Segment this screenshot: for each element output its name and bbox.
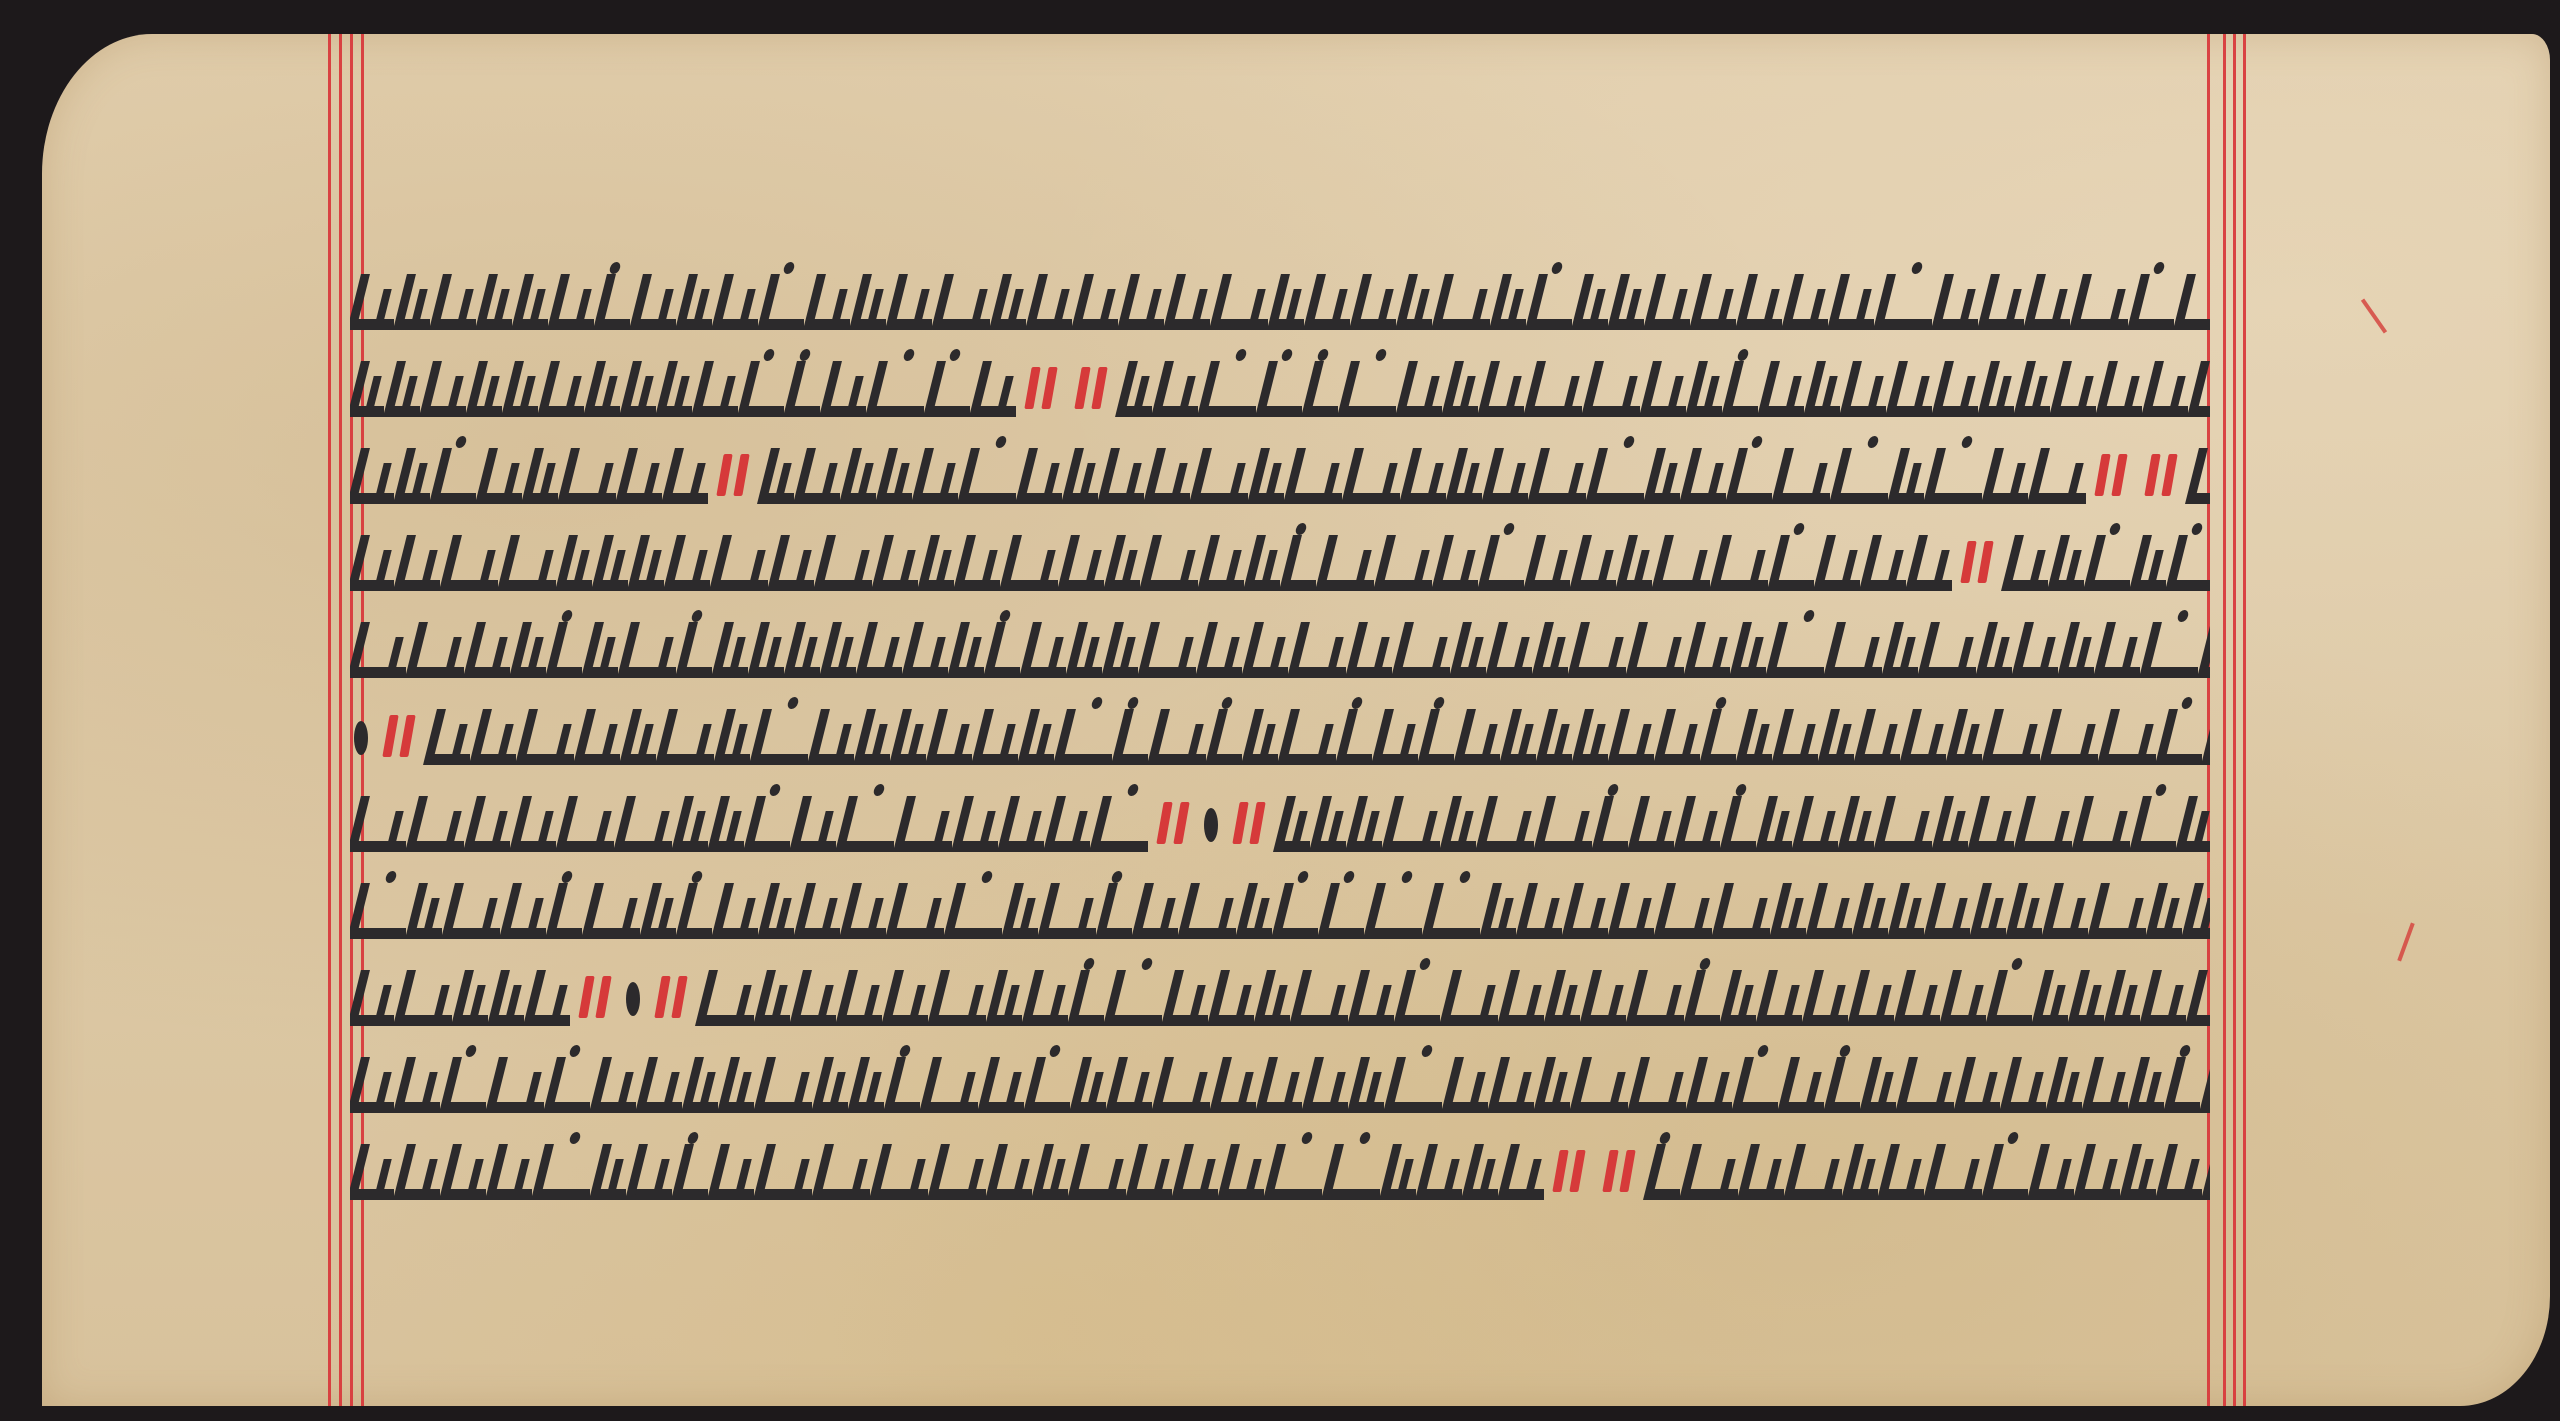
script-glyph [888,891,944,939]
script-glyph [2188,456,2210,504]
script-glyph [1348,804,1382,852]
script-glyph [852,282,886,330]
script-glyph [678,891,712,939]
script-glyph [956,543,1000,591]
script-glyph [350,456,394,504]
script-glyph [1442,804,1476,852]
script-glyph [1934,804,1968,852]
script-glyph [1688,369,1722,417]
script-glyph [1536,1065,1570,1113]
script-glyph [1934,369,1978,417]
script-glyph [1588,456,1644,504]
script-glyph [432,456,476,504]
script-glyph [350,282,394,330]
script-glyph [684,1065,718,1113]
script-glyph [1128,1152,1172,1200]
script-glyph [1024,978,1068,1026]
script-glyph [350,543,394,591]
manuscript-line [350,770,2210,852]
script-glyph [1220,1152,1264,1200]
script-glyph [1774,456,1830,504]
script-glyph [1072,1065,1106,1113]
script-glyph [1926,456,1982,504]
script-glyph [664,456,708,504]
script-glyph [1890,891,1924,939]
script-glyph [396,282,430,330]
script-glyph [576,717,620,765]
script-glyph [1192,456,1248,504]
script-glyph [988,978,1022,1026]
script-glyph [1926,1152,1982,1200]
script-glyph [816,543,872,591]
script-glyph [1564,891,1608,939]
script-glyph [2008,891,2042,939]
red-double-danda-mark [1606,1150,1632,1192]
script-glyph [822,630,856,678]
red-double-danda-mark [1236,802,1262,844]
ornament-circle-glyph [1204,808,1218,842]
script-glyph [1988,978,2032,1026]
script-glyph [1876,804,1932,852]
script-glyph [1686,978,1720,1026]
script-glyph [2158,1152,2202,1200]
script-glyph [1854,891,1888,939]
script-glyph [1292,978,1348,1026]
glyph-run [350,770,1150,852]
script-glyph [792,978,836,1026]
script-glyph [1492,282,1526,330]
script-glyph [1250,456,1284,504]
script-glyph [2050,543,2084,591]
script-glyph [1820,717,1854,765]
script-glyph [2184,891,2210,939]
script-glyph [678,630,712,678]
script-glyph [1164,978,1208,1026]
script-glyph [1610,282,1644,330]
script-glyph [1526,369,1582,417]
script-glyph [992,282,1026,330]
script-glyph [1628,978,1684,1026]
script-glyph [928,717,972,765]
script-glyph [454,978,488,1026]
script-glyph [878,456,912,504]
script-glyph [1210,978,1254,1026]
script-glyph [1500,1152,1544,1200]
script-glyph [1246,543,1280,591]
script-glyph [1724,369,1758,417]
script-glyph [1318,543,1374,591]
script-glyph [1934,282,1978,330]
script-glyph [1984,456,2028,504]
script-glyph [884,978,928,1026]
script-glyph [1840,804,1874,852]
manuscript-line [350,1031,2210,1113]
script-glyph [2086,543,2130,591]
script-glyph [1826,1065,1860,1113]
script-glyph [716,717,750,765]
script-glyph [1154,369,1198,417]
right-margin-ruling [2207,34,2247,1406]
script-glyph [1642,369,1686,417]
script-glyph [2130,282,2174,330]
script-glyph [1344,456,1400,504]
script-glyph [974,717,1018,765]
script-glyph [1374,717,1418,765]
script-glyph [1258,369,1302,417]
red-double-danda-mark [658,976,684,1018]
script-glyph [1140,630,1196,678]
script-glyph [1610,717,1654,765]
script-glyph [1068,630,1102,678]
script-glyph [1972,891,2006,939]
script-glyph [1064,456,1098,504]
script-glyph [1980,282,2024,330]
script-glyph [1154,1065,1210,1113]
script-glyph [442,1152,486,1200]
script-glyph [442,1065,486,1113]
script-glyph [1630,804,1674,852]
script-glyph [1350,978,1394,1026]
script-glyph [980,1065,1024,1113]
script-glyph [770,543,814,591]
script-glyph [1970,804,2014,852]
script-glyph [1500,978,1544,1026]
script-glyph [386,369,420,417]
script-glyph [954,804,998,852]
script-glyph [2178,804,2210,852]
script-glyph [950,630,984,678]
script-glyph [1146,456,1190,504]
script-glyph [1434,282,1490,330]
manuscript-line [350,857,2210,939]
script-glyph [2144,369,2188,417]
script-glyph [1842,369,1886,417]
script-glyph [1714,891,1770,939]
ornament-circle-glyph [354,721,368,755]
script-glyph [698,978,754,1026]
script-glyph [1056,717,1112,765]
script-glyph [1452,630,1486,678]
script-glyph [2004,543,2048,591]
script-glyph [1256,978,1290,1026]
script-glyph [504,369,538,417]
red-double-danda-mark [720,454,746,496]
script-glyph [408,804,464,852]
script-glyph [1758,804,1792,852]
script-glyph [632,282,676,330]
script-glyph [1780,1065,1824,1113]
script-glyph [1166,282,1210,330]
script-glyph [2200,630,2210,678]
script-glyph [1942,978,1986,1026]
script-glyph [512,630,546,678]
script-glyph [466,804,510,852]
script-glyph [1908,543,1952,591]
script-glyph [1442,978,1498,1026]
script-glyph [1002,543,1058,591]
script-glyph [946,891,1002,939]
script-glyph [558,804,614,852]
script-glyph [1402,456,1446,504]
script-glyph [1150,717,1206,765]
script-glyph [2106,978,2140,1026]
script-glyph [444,891,500,939]
script-glyph [1722,804,1756,852]
glyph-run [350,509,1954,591]
script-glyph [710,804,744,852]
script-glyph [586,369,620,417]
script-glyph [1896,978,1940,1026]
script-glyph [1572,1065,1628,1113]
glyph-run [1276,770,2210,852]
red-double-danda-mark [1160,802,1186,844]
script-glyph [850,1065,884,1113]
script-glyph [1884,630,1918,678]
glyph-run [350,596,2210,678]
script-glyph [1738,282,1782,330]
script-glyph [2188,978,2210,1026]
ruling-line [2243,34,2246,1406]
script-glyph [1382,1152,1416,1200]
script-glyph [1646,456,1680,504]
manuscript-line [350,1118,2210,1200]
script-glyph [1114,717,1148,765]
script-glyph [746,804,790,852]
script-glyph [1582,978,1626,1026]
glyph-run [350,422,710,504]
script-glyph [1212,1065,1256,1113]
script-glyph [1396,978,1440,1026]
script-glyph [1738,717,1772,765]
script-glyph [1646,282,1690,330]
red-double-danda-mark [1556,1150,1582,1192]
script-glyph [740,369,784,417]
script-glyph [1526,543,1570,591]
script-glyph [1978,630,2012,678]
script-glyph [1444,369,1478,417]
script-glyph [1770,543,1814,591]
script-glyph [1734,1065,1778,1113]
script-glyph [1832,456,1888,504]
script-glyph [914,456,958,504]
script-glyph [1480,369,1524,417]
ruling-line [328,34,331,1406]
script-glyph [1536,804,1592,852]
script-glyph [1312,804,1346,852]
script-glyph [2052,369,2096,417]
script-glyph [548,630,582,678]
script-glyph [488,1065,544,1113]
script-glyph [1180,891,1236,939]
script-glyph [1850,978,1894,1026]
script-glyph [678,282,712,330]
script-glyph [1456,717,1500,765]
script-glyph [396,1152,440,1200]
script-glyph [1074,282,1118,330]
script-glyph [2076,1152,2120,1200]
manuscript-line [350,596,2210,678]
script-glyph [408,891,442,939]
script-glyph [616,804,672,852]
script-glyph [930,1152,986,1200]
script-glyph [478,456,522,504]
script-glyph [350,1065,394,1113]
script-glyph [1956,1065,2000,1113]
script-glyph [622,369,656,417]
script-glyph [350,978,394,1026]
script-glyph [2148,891,2182,939]
script-glyph [426,717,470,765]
script-glyph [1594,804,1628,852]
script-glyph [2030,456,2086,504]
script-glyph [1610,891,1654,939]
script-glyph [960,456,1016,504]
script-glyph [592,1065,636,1113]
script-glyph [1538,717,1572,765]
glyph-run [1118,335,2210,417]
script-glyph [1482,891,1516,939]
script-glyph [1304,1065,1348,1113]
script-glyph [442,543,498,591]
script-glyph [1280,717,1336,765]
script-glyph [1530,456,1586,504]
script-glyph [594,543,628,591]
script-glyph [350,804,406,852]
script-glyph [630,543,664,591]
script-glyph [714,891,758,939]
script-glyph [1630,1065,1686,1113]
script-glyph [694,369,738,417]
script-glyph [1120,282,1164,330]
script-glyph [500,543,556,591]
script-glyph [904,630,948,678]
script-glyph [422,369,466,417]
manuscript-line [350,248,2210,330]
script-glyph [858,630,902,678]
script-glyph [972,369,1016,417]
script-glyph [1890,456,1924,504]
script-glyph [896,804,952,852]
script-glyph [1712,543,1768,591]
script-glyph [396,1065,440,1113]
script-glyph [1098,891,1132,939]
script-glyph [514,282,548,330]
script-glyph [838,978,882,1026]
script-glyph [524,456,558,504]
manuscript-line [350,335,2210,417]
script-glyph [1570,630,1626,678]
script-glyph [1286,456,1342,504]
script-glyph [1786,1152,1842,1200]
script-glyph [2074,804,2130,852]
script-glyph [712,543,768,591]
script-glyph [432,282,476,330]
script-glyph [822,369,866,417]
script-glyph [512,804,556,852]
script-glyph [1324,1152,1380,1200]
script-glyph [2204,1152,2210,1200]
script-glyph [1804,978,1848,1026]
script-glyph [922,1065,978,1113]
script-glyph [1480,543,1524,591]
red-double-danda-mark [386,715,412,757]
script-glyph [720,1065,754,1113]
script-glyph [2016,369,2050,417]
script-glyph [674,804,708,852]
script-glyph [1060,543,1104,591]
script-glyph [666,543,710,591]
script-glyph [1546,978,1580,1026]
script-glyph [526,978,570,1026]
script-glyph [2002,1065,2046,1113]
script-glyph [628,1152,672,1200]
script-glyph [350,369,384,417]
script-glyph [1688,1065,1732,1113]
glyph-run [350,857,2210,939]
script-glyph [1384,804,1440,852]
script-glyph [886,1065,920,1113]
red-double-danda-mark [2098,454,2124,496]
manuscript-text-block [350,248,2210,1205]
script-glyph [1070,1152,1126,1200]
script-glyph [1174,1152,1218,1200]
script-glyph [1352,282,1396,330]
script-glyph [842,891,886,939]
manuscript-line [350,683,2210,765]
script-glyph [856,717,890,765]
script-glyph [1306,282,1350,330]
script-glyph [2190,369,2210,417]
script-glyph [1266,1152,1322,1200]
script-glyph [1118,369,1152,417]
script-glyph [1338,717,1372,765]
script-glyph [1376,543,1432,591]
script-glyph [2084,1065,2128,1113]
script-glyph [1386,1065,1442,1113]
glyph-run [350,1118,1546,1200]
script-glyph [518,717,574,765]
script-glyph [1142,543,1198,591]
script-glyph [1478,804,1534,852]
script-glyph [2060,630,2094,678]
script-glyph [396,456,430,504]
script-glyph [350,630,406,678]
script-glyph [1398,369,1442,417]
script-glyph [814,1152,870,1200]
script-glyph [350,1152,394,1200]
script-glyph [888,282,932,330]
script-glyph [1270,282,1304,330]
script-glyph [472,717,516,765]
script-glyph [1984,717,2040,765]
script-glyph [786,630,820,678]
script-glyph [638,1065,682,1113]
script-glyph [786,369,820,417]
script-glyph [2158,717,2202,765]
script-glyph [468,369,502,417]
script-glyph [1774,717,1818,765]
script-glyph [350,891,406,939]
script-glyph [548,891,582,939]
script-glyph [1198,630,1242,678]
script-glyph [1106,543,1140,591]
ruling-line [2233,34,2236,1406]
script-glyph [1702,717,1736,765]
glyph-run [350,1031,2210,1113]
script-glyph [2042,717,2098,765]
script-glyph [2204,717,2210,765]
script-glyph [502,891,546,939]
